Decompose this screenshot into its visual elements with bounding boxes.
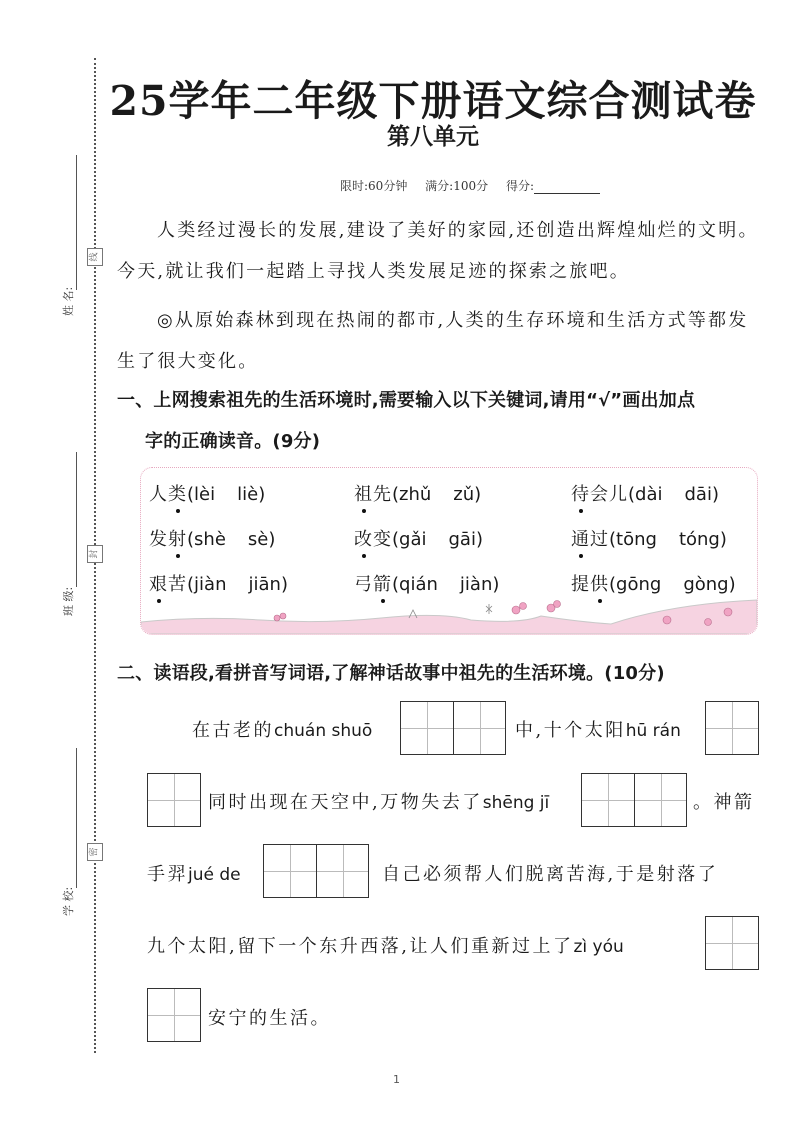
- option[interactable]: jiān: [248, 574, 280, 595]
- option[interactable]: qián: [399, 574, 438, 595]
- seal-mark-feng: 封: [87, 545, 103, 563]
- option[interactable]: shè: [194, 529, 226, 550]
- option[interactable]: gòng: [683, 574, 728, 595]
- answer-box-ziyou-1[interactable]: [705, 916, 759, 970]
- seal-mark-mi: 密: [87, 843, 103, 861]
- option[interactable]: zǔ: [453, 484, 474, 505]
- q2-text: 。神箭: [693, 788, 755, 814]
- school-label: 学 校:: [60, 900, 76, 940]
- q1-row-1: 人类(lèiliè) 祖先(zhǔzǔ) 待会儿(dàidāi): [149, 480, 758, 525]
- school-fill-line: [76, 748, 77, 888]
- exam-meta: 限时:60分钟 满分:100分 得分:: [340, 177, 600, 194]
- option[interactable]: gǎi: [399, 529, 426, 550]
- q2-text: 安宁的生活。: [208, 1004, 331, 1030]
- option[interactable]: jiàn: [194, 574, 226, 595]
- question-1-title: 一、上网搜索祖先的生活环境时,需要输入以下关键词,请用“√”画出加点 字的正确读…: [117, 380, 767, 462]
- q1-item-jianku[interactable]: 艰苦(jiànjiān): [149, 570, 288, 596]
- option[interactable]: sè: [248, 529, 268, 550]
- page-subtitle: 第八单元: [0, 118, 793, 151]
- option[interactable]: tóng: [679, 529, 720, 550]
- seal-mark-xian: 线: [87, 248, 103, 266]
- option[interactable]: dāi: [685, 484, 712, 505]
- option[interactable]: zhǔ: [399, 484, 431, 505]
- option[interactable]: lèi: [194, 484, 215, 505]
- q1-item-zuxian[interactable]: 祖先(zhǔzǔ): [354, 480, 481, 506]
- q1-item-fashe[interactable]: 发射(shèsè): [149, 525, 275, 551]
- q1-item-daihuier[interactable]: 待会儿(dàidāi): [571, 480, 719, 506]
- q1-item-tigong[interactable]: 提供(gōnggòng): [571, 570, 736, 596]
- time-limit: 限时:60分钟: [340, 179, 407, 193]
- name-fill-line: [76, 155, 77, 290]
- section-note: ◎从原始森林到现在热闹的都市,人类的生存环境和生活方式等都发生了很大变化。: [117, 300, 762, 382]
- class-label: 班 级:: [60, 600, 76, 640]
- answer-box-shengji[interactable]: [581, 773, 687, 827]
- answer-box-chuanshuo[interactable]: [400, 701, 506, 755]
- answer-box-ziyou-2[interactable]: [147, 988, 201, 1042]
- page-number: 1: [393, 1073, 400, 1086]
- option[interactable]: tōng: [616, 529, 657, 550]
- option[interactable]: dài: [635, 484, 662, 505]
- full-score: 满分:100分: [425, 179, 488, 193]
- answer-box-huran-2[interactable]: [147, 773, 201, 827]
- q1-item-renlei[interactable]: 人类(lèiliè): [149, 480, 265, 506]
- score-label: 得分:: [506, 179, 534, 193]
- score-blank[interactable]: [534, 181, 600, 194]
- class-fill-line: [76, 452, 77, 587]
- q1-row-2: 发射(shèsè) 改变(gǎigāi) 通过(tōngtóng): [149, 525, 758, 570]
- q2-text: 手羿jué de: [147, 860, 241, 886]
- name-label: 姓 名:: [60, 300, 76, 340]
- answer-box-huran-1[interactable]: [705, 701, 759, 755]
- option[interactable]: gōng: [616, 574, 661, 595]
- option[interactable]: gāi: [449, 529, 476, 550]
- question-1-box: 人类(lèiliè) 祖先(zhǔzǔ) 待会儿(dàidāi) 发射(shès…: [140, 467, 758, 635]
- q2-text: 自己必须帮人们脱离苦海,于是射落了: [382, 860, 718, 886]
- q2-text: 九个太阳,留下一个东升西落,让人们重新过上了zì yóu: [147, 932, 624, 958]
- q1-item-gongjian[interactable]: 弓箭(qiánjiàn): [354, 570, 499, 596]
- q2-text: 同时出现在天空中,万物失去了shēng jī: [208, 788, 549, 814]
- question-2-title: 二、读语段,看拼音写词语,了解神话故事中祖先的生活环境。(10分): [117, 653, 767, 694]
- intro-paragraph: 人类经过漫长的发展,建设了美好的家园,还创造出辉煌灿烂的文明。今天,就让我们一起…: [117, 210, 762, 292]
- option[interactable]: jiàn: [460, 574, 492, 595]
- q2-text: 在古老的chuán shuō: [192, 716, 372, 742]
- q1-item-gaibian[interactable]: 改变(gǎigāi): [354, 525, 483, 551]
- flower-ground-decoration: [141, 594, 757, 634]
- q1-item-tongguo[interactable]: 通过(tōngtóng): [571, 525, 727, 551]
- option[interactable]: liè: [237, 484, 258, 505]
- q2-text: 中,十个太阳hū rán: [515, 716, 681, 742]
- answer-box-juede[interactable]: [263, 844, 369, 898]
